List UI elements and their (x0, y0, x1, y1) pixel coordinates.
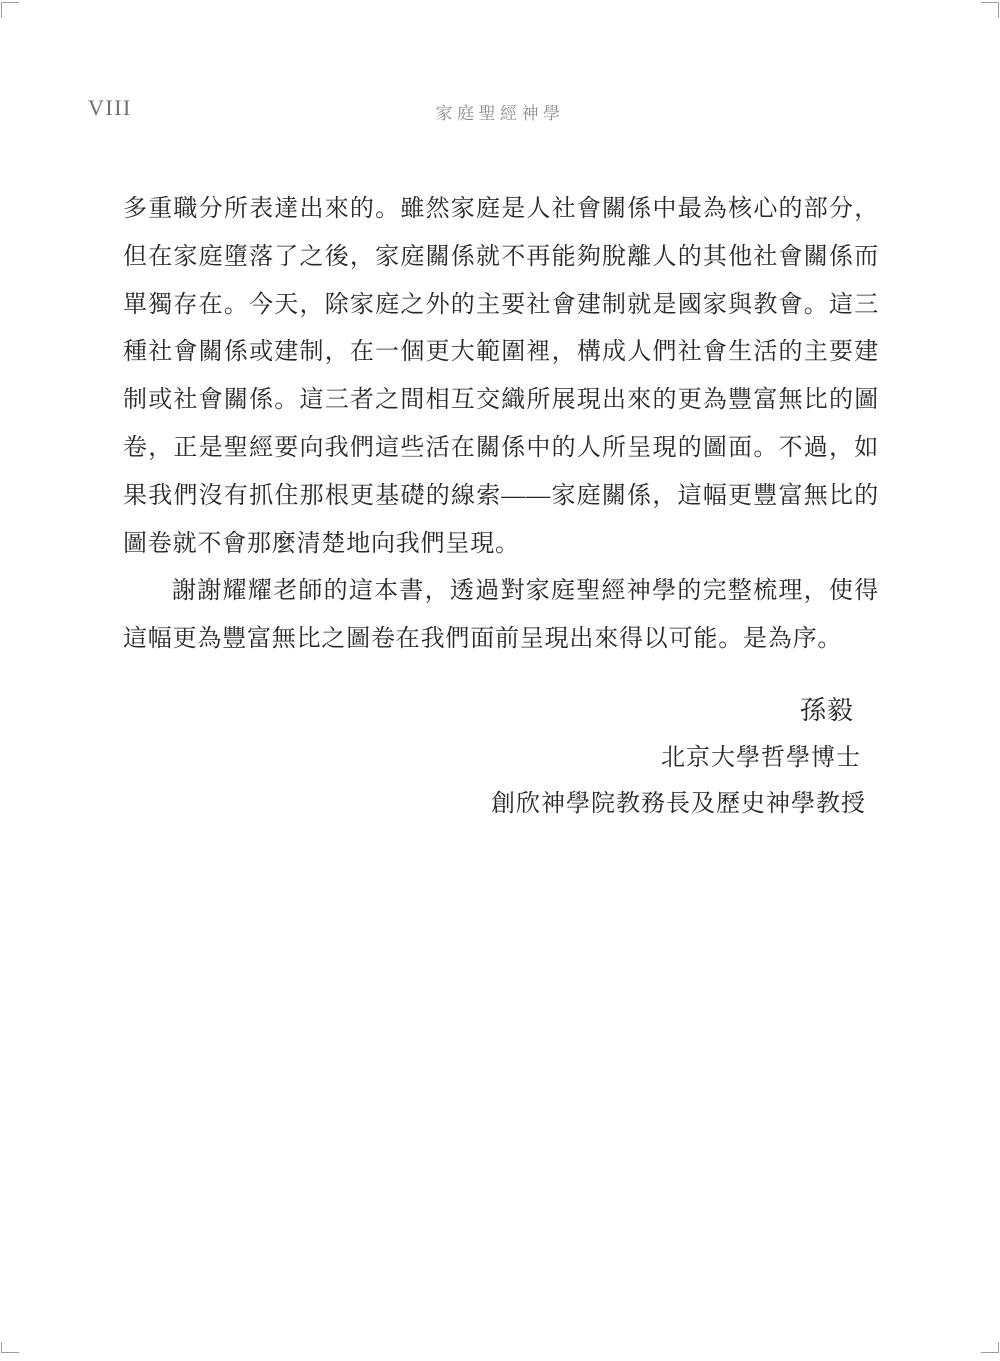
body-text-line: 制或社會關係。這三者之間相互交織所展現出來的更為豐富無比的圖 (123, 377, 879, 425)
signature-author-name: 孫毅 (378, 688, 878, 735)
book-page: VIII 家庭聖經神學 多重職分所表達出來的。雖然家庭是人社會關係中最為核心的部… (0, 0, 1000, 1361)
crop-mark-bottom-right (981, 1342, 999, 1353)
body-text-line: 這幅更為豐富無比之圖卷在我們面前呈現出來得以可能。是為序。 (123, 616, 879, 664)
crop-mark-top-left (1, 2, 19, 18)
body-text-line: 種社會關係或建制，在一個更大範圍裡，構成人們社會生活的主要建 (123, 329, 879, 377)
crop-mark-bottom-left (1, 1342, 19, 1353)
body-text-line: 謝謝耀耀老師的這本書，透過對家庭聖經神學的完整梳理，使得 (123, 568, 879, 616)
body-text-line: 卷，正是聖經要向我們這些活在關係中的人所呈現的圖面。不過，如 (123, 425, 879, 473)
signature-author-degree: 北京大學哲學博士 (378, 735, 878, 782)
preface-body-text: 多重職分所表達出來的。雖然家庭是人社會關係中最為核心的部分， 但在家庭墮落了之後… (123, 186, 879, 664)
body-text-line: 果我們沒有抓住那根更基礎的線索——家庭關係，這幅更豐富無比的 (123, 473, 879, 521)
signature-block: 孫毅 北京大學哲學博士 創欣神學院教務長及歷史神學教授 (378, 688, 878, 828)
crop-mark-top-right (981, 2, 999, 18)
body-text-line: 多重職分所表達出來的。雖然家庭是人社會關係中最為核心的部分， (123, 186, 879, 234)
running-header-book-title: 家庭聖經神學 (0, 99, 1000, 124)
body-text-line: 圖卷就不會那麼清楚地向我們呈現。 (123, 521, 879, 569)
signature-author-position: 創欣神學院教務長及歷史神學教授 (378, 781, 878, 828)
body-text-line: 但在家庭墮落了之後，家庭關係就不再能夠脫離人的其他社會關係而 (123, 234, 879, 282)
body-text-line: 單獨存在。今天，除家庭之外的主要社會建制就是國家與教會。這三 (123, 282, 879, 330)
